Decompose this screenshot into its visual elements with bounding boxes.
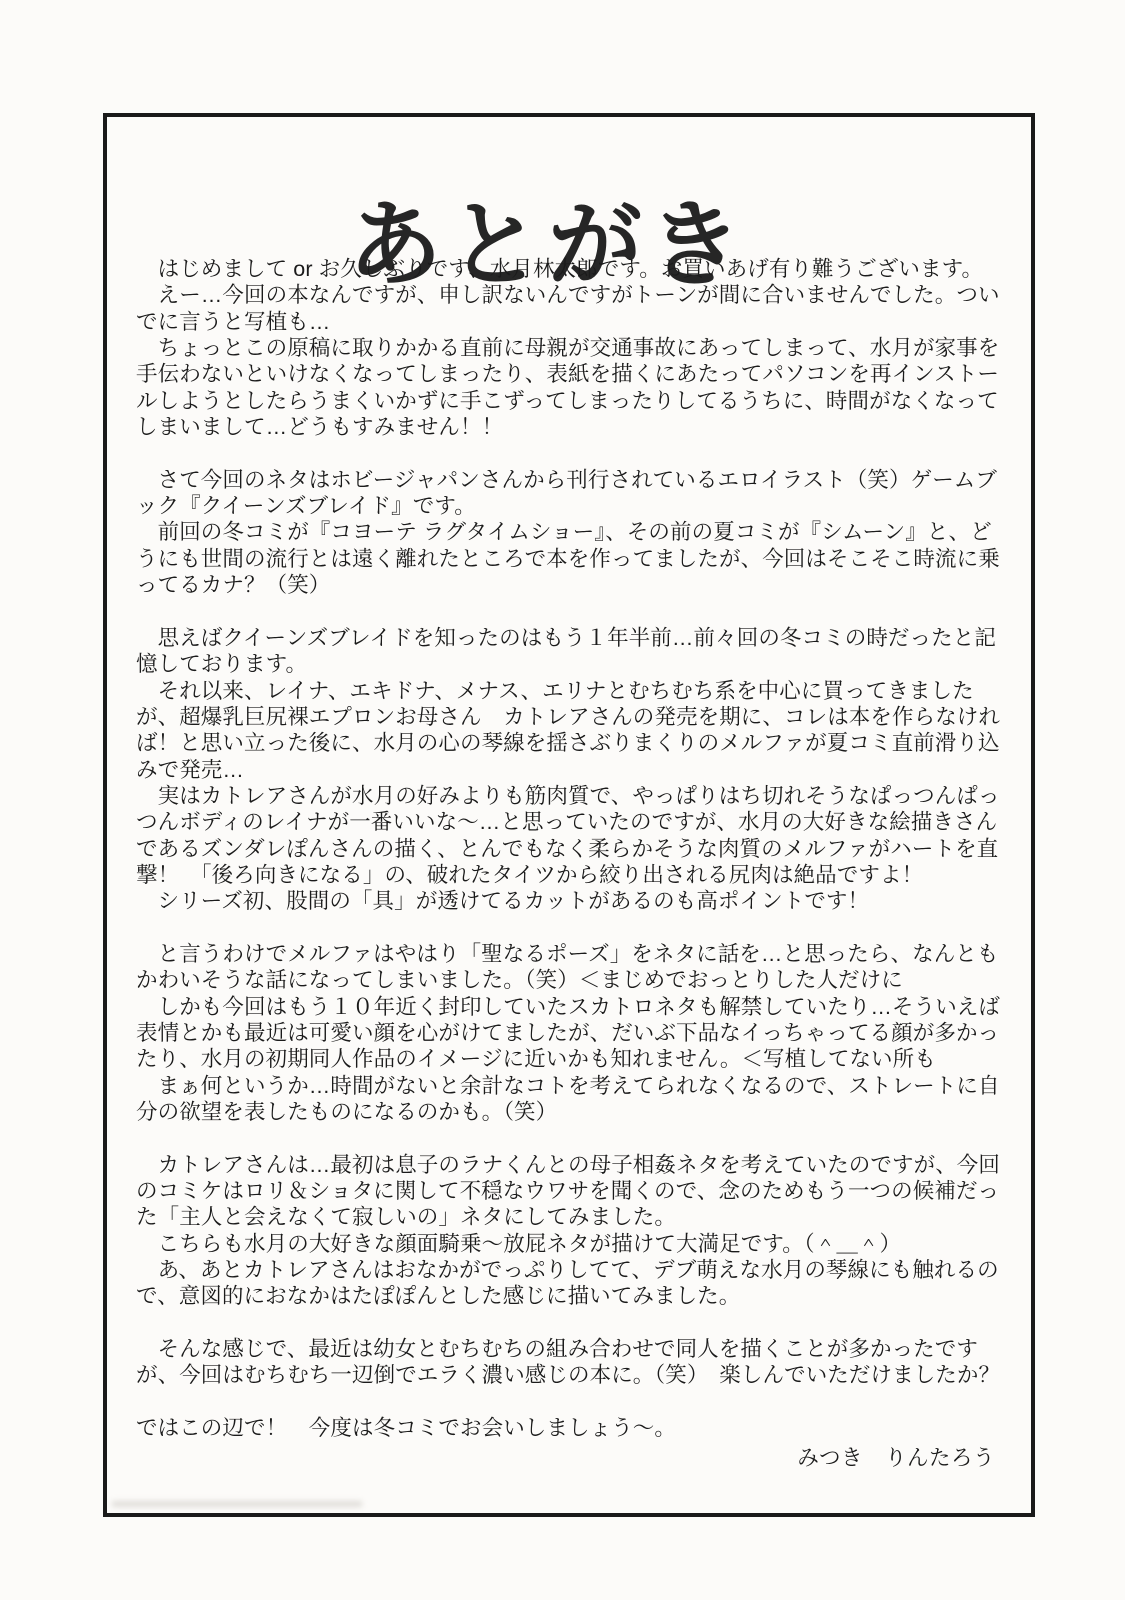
scan-artifact [112, 1501, 362, 1507]
scanned-page: あとがき はじめまして or お久しぶりです、水月林太郎です。お買いあげ有り難う… [0, 0, 1125, 1600]
afterword-frame: あとがき はじめまして or お久しぶりです、水月林太郎です。お買いあげ有り難う… [103, 113, 1035, 1517]
author-signature: みつき りんたろう [797, 1445, 995, 1471]
afterword-body-text: はじめまして or お久しぶりです、水月林太郎です。お買いあげ有り難うございます… [136, 256, 1026, 1441]
